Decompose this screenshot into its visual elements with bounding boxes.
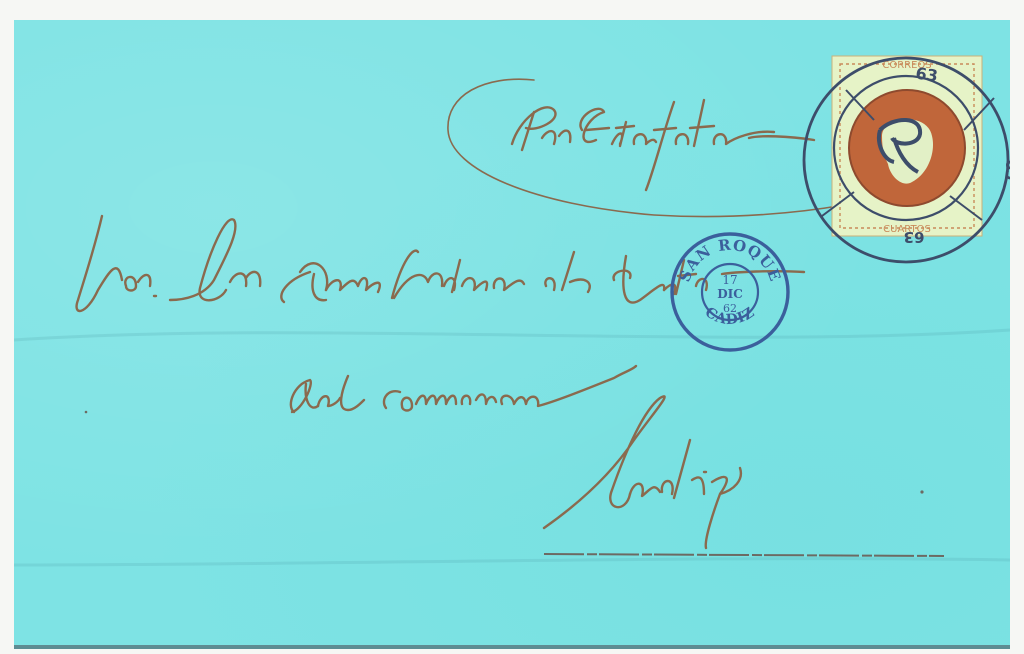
cancel-numeral-bottom: 63 [904, 228, 925, 246]
postmark-month: DIC [717, 287, 743, 301]
destination-handwriting [544, 396, 741, 548]
postage-stamp: CORREOS CUARTOS [832, 56, 982, 236]
postmark-year: 62 [723, 302, 737, 315]
envelope-cover: CORREOS CUARTOS 63 65 63 SAN ROQUE CADI [14, 20, 1010, 647]
addressee-line2-handwriting [291, 366, 636, 412]
underline [544, 554, 944, 556]
town-postmark: SAN ROQUE CADIZ 17 DIC 62 [672, 234, 788, 350]
cancel-numeral-right: 65 [1002, 160, 1010, 181]
routing-handwriting [512, 100, 814, 190]
cover-artwork: CORREOS CUARTOS 63 65 63 SAN ROQUE CADI [14, 20, 1010, 645]
cancel-numeral-top: 63 [914, 64, 939, 86]
postmark-day: 17 [722, 273, 737, 287]
oval-flourish [448, 79, 844, 216]
